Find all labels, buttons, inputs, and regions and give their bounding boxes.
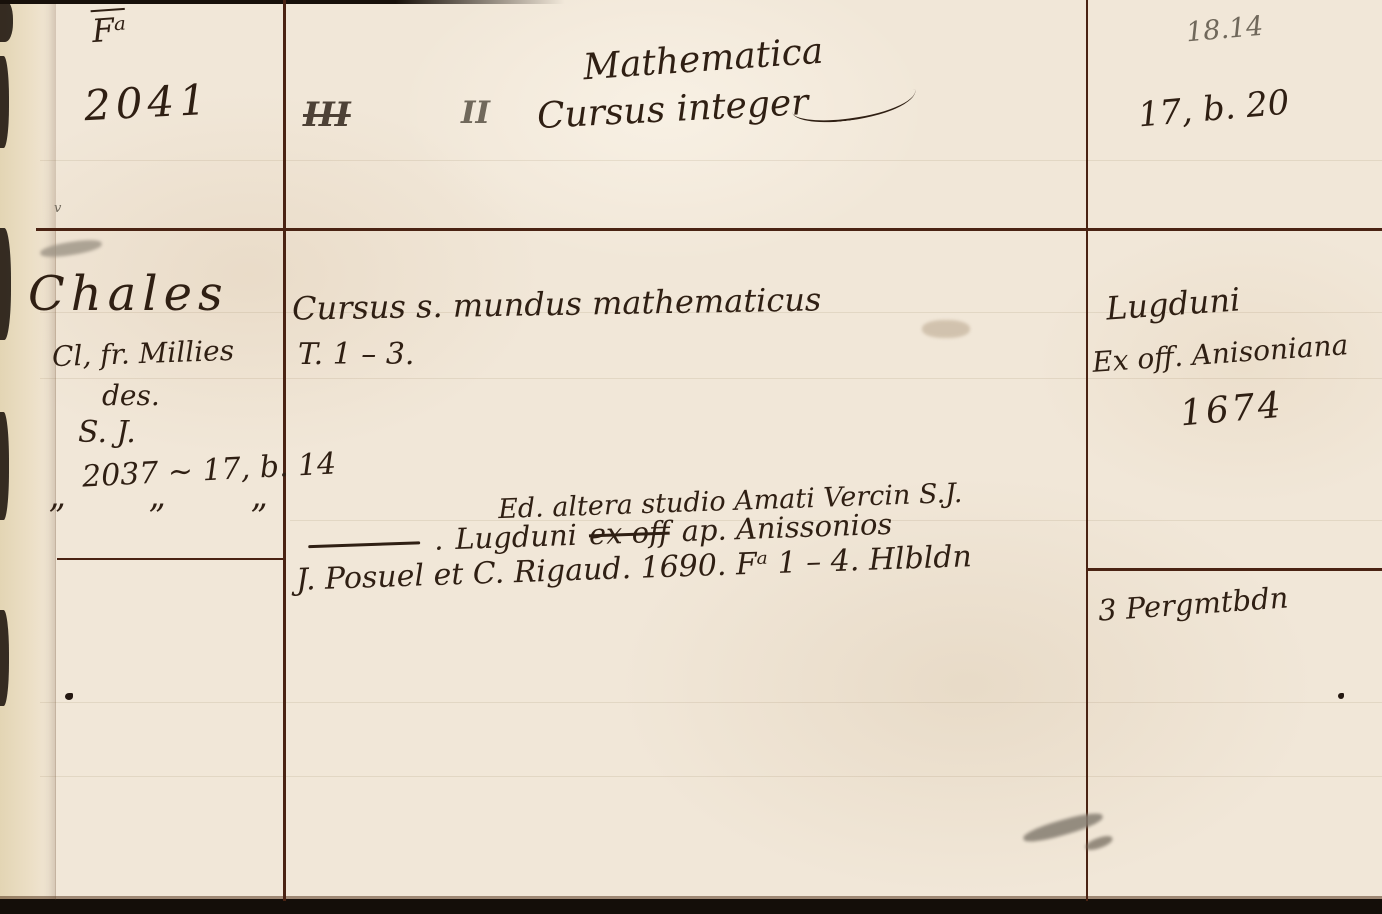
- imprint2-place: Lugduni: [455, 518, 578, 556]
- subject-heading: Mathematica: [582, 34, 824, 87]
- shelfmark-right: 17, b. 20: [1137, 85, 1291, 132]
- ink-smudge: [922, 320, 970, 338]
- imprint-publisher: Ex off. Anisoniana: [1091, 331, 1349, 377]
- check-mark: v: [54, 202, 61, 215]
- imprint-place: Lugduni: [1105, 283, 1241, 324]
- faint-rule: [40, 776, 1382, 777]
- faint-rule: [40, 702, 1382, 703]
- left-column-rule: [57, 558, 283, 560]
- volumes: T. 1 – 3.: [298, 340, 414, 370]
- card-number: 2041: [83, 79, 212, 128]
- pencil-smudge-tail: [1084, 834, 1114, 853]
- author-name: Chales: [28, 270, 229, 318]
- imprint-year: 1674: [1179, 388, 1285, 433]
- header-divider-rule: [36, 228, 1382, 231]
- ink-dot: [65, 693, 73, 700]
- ditto-mark: ”: [148, 500, 165, 534]
- repeat-dash: [308, 541, 420, 548]
- author-note-line1: Cl, fr. Millies: [52, 337, 235, 371]
- title: Cursus s. mundus mathematicus: [292, 283, 822, 324]
- catalog-card-scan: Fᵃ 2041 Mathematica III II Cursus intege…: [0, 0, 1382, 914]
- right-column-rule: [1086, 568, 1382, 571]
- faint-rule: [40, 378, 1382, 379]
- numeral-struck: III: [303, 98, 351, 132]
- faint-rule: [40, 160, 1382, 161]
- imprint2-publisher: ap. Anissonios: [681, 507, 893, 548]
- pencil-note: 18.14: [1185, 13, 1264, 47]
- card-bottom-edge: [0, 899, 1382, 914]
- column-divider-right: [1086, 0, 1088, 901]
- imprint2-separator: .: [433, 522, 443, 556]
- order-abbreviation: S. J.: [78, 418, 136, 448]
- binding-note: 3 Pergmtbdn: [1097, 583, 1289, 625]
- ditto-mark: ”: [48, 500, 65, 534]
- short-title: Cursus integer: [536, 85, 809, 135]
- card-crease: [55, 230, 56, 900]
- numeral-pencil: II: [461, 98, 490, 129]
- pen-flourish: [791, 90, 918, 127]
- cross-reference: 2037 ~ 17, b. 14: [81, 449, 336, 492]
- ink-dot: [1338, 693, 1344, 699]
- author-note-line2: des.: [102, 382, 160, 410]
- ditto-mark: ”: [250, 500, 267, 534]
- imprint2-struck-text: ex off: [588, 515, 670, 552]
- shelfmark-letter: Fᵃ: [91, 13, 127, 47]
